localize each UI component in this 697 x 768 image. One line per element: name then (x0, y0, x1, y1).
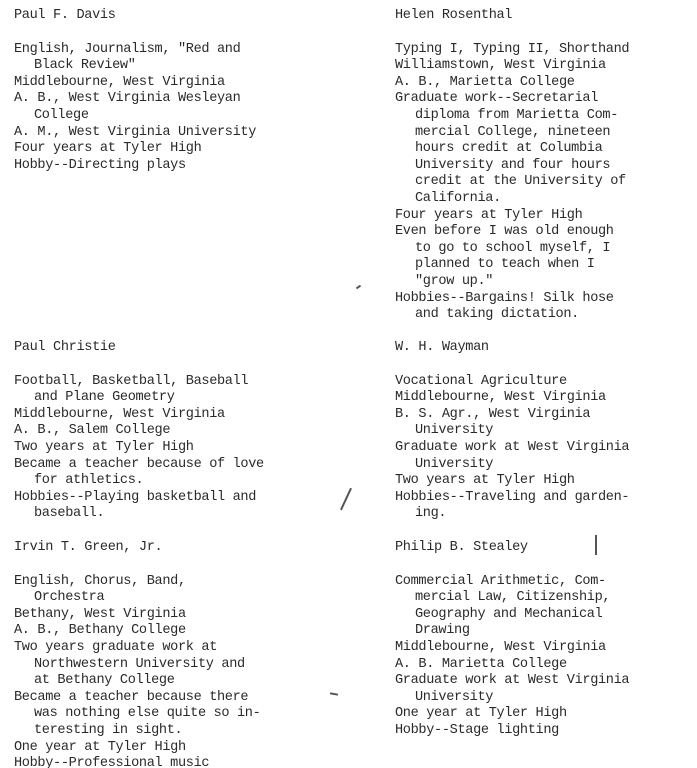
faculty-entry-paul-f-davis: Paul F. DavisEnglish, Journalism, "Red a… (14, 8, 256, 174)
faculty-detail-line: Four years at Tyler High (14, 141, 256, 158)
faculty-detail-line: Two years at Tyler High (395, 473, 629, 490)
faculty-detail-line: Vocational Agriculture (395, 374, 629, 391)
faculty-detail-line: Four years at Tyler High (395, 208, 629, 225)
faculty-detail-line: A. B., Salem College (14, 423, 264, 440)
faculty-detail-line: mercial College, nineteen (395, 125, 629, 142)
faculty-detail-line: B. S. Agr., West Virginia (395, 407, 629, 424)
faculty-detail-line: teresting in sight. (14, 723, 260, 740)
faculty-detail-line: credit at the University of (395, 174, 629, 191)
faculty-detail-line: Black Review" (14, 58, 256, 75)
faculty-name: Paul Christie (14, 340, 264, 357)
faculty-detail-line: University (395, 690, 629, 707)
faculty-detail-line: Commercial Arithmetic, Com- (395, 574, 629, 591)
faculty-detail-line: University and four hours (395, 158, 629, 175)
faculty-detail-line: One year at Tyler High (395, 706, 629, 723)
faculty-detail-line: A. M., West Virginia University (14, 125, 256, 142)
faculty-detail-line: A. B., West Virginia Wesleyan (14, 91, 256, 108)
faculty-detail-line: hours credit at Columbia (395, 141, 629, 158)
faculty-detail-line: A. B. Marietta College (395, 657, 629, 674)
faculty-name: Helen Rosenthal (395, 8, 629, 25)
faculty-detail-line: Hobby--Directing plays (14, 158, 256, 175)
faculty-detail-line: Football, Basketball, Baseball (14, 374, 264, 391)
faculty-detail-line: mercial Law, Citizenship, (395, 590, 629, 607)
faculty-detail-line: Typing I, Typing II, Shorthand (395, 42, 629, 59)
faculty-detail-line: College (14, 108, 256, 125)
faculty-detail-line: A. B., Bethany College (14, 623, 260, 640)
faculty-detail-line: Hobbies--Traveling and garden- (395, 490, 629, 507)
faculty-entry-w-h-wayman: W. H. WaymanVocational AgricultureMiddle… (395, 340, 629, 523)
faculty-detail-line: Two years graduate work at (14, 640, 260, 657)
faculty-detail-line: Middlebourne, West Virginia (14, 407, 264, 424)
scan-mark (340, 488, 352, 510)
faculty-detail-line: Graduate work at West Virginia (395, 673, 629, 690)
faculty-detail-line: Williamstown, West Virginia (395, 58, 629, 75)
faculty-detail-line: was nothing else quite so in- (14, 706, 260, 723)
faculty-detail-line: Hobbies--Playing basketball and (14, 490, 264, 507)
faculty-name: Paul F. Davis (14, 8, 256, 25)
faculty-detail-line: California. (395, 191, 629, 208)
faculty-entry-irvin-t-green: Irvin T. Green, Jr.English, Chorus, Band… (14, 540, 260, 768)
faculty-detail-line: English, Chorus, Band, (14, 574, 260, 591)
faculty-detail-line: Drawing (395, 623, 629, 640)
faculty-detail-line: diploma from Marietta Com- (395, 108, 629, 125)
faculty-name: W. H. Wayman (395, 340, 629, 357)
scan-mark (356, 285, 361, 290)
scan-mark (595, 535, 597, 555)
faculty-detail-line: Graduate work at West Virginia (395, 440, 629, 457)
faculty-detail-line: Hobby--Stage lighting (395, 723, 629, 740)
faculty-detail-line: to go to school myself, I (395, 241, 629, 258)
faculty-detail-line: Northwestern University and (14, 657, 260, 674)
faculty-detail-line: Two years at Tyler High (14, 440, 264, 457)
faculty-detail-line: for athletics. (14, 473, 264, 490)
faculty-detail-line: "grow up." (395, 274, 629, 291)
faculty-detail-line: at Bethany College (14, 673, 260, 690)
faculty-detail-line: Orchestra (14, 590, 260, 607)
faculty-detail-line: Became a teacher because of love (14, 457, 264, 474)
faculty-name: Irvin T. Green, Jr. (14, 540, 260, 557)
faculty-detail-line: One year at Tyler High (14, 740, 260, 757)
faculty-detail-line: Middlebourne, West Virginia (395, 640, 629, 657)
faculty-detail-line: Geography and Mechanical (395, 607, 629, 624)
faculty-entry-helen-rosenthal: Helen RosenthalTyping I, Typing II, Shor… (395, 8, 629, 324)
faculty-detail-line: Middlebourne, West Virginia (395, 390, 629, 407)
faculty-detail-line: Became a teacher because there (14, 690, 260, 707)
faculty-detail-line: Graduate work--Secretarial (395, 91, 629, 108)
scan-mark (330, 692, 338, 695)
faculty-entry-philip-b-stealey: Philip B. StealeyCommercial Arithmetic, … (395, 540, 629, 740)
faculty-detail-line: planned to teach when I (395, 257, 629, 274)
faculty-detail-line: ing. (395, 506, 629, 523)
faculty-detail-line: baseball. (14, 506, 264, 523)
faculty-entry-paul-christie: Paul ChristieFootball, Basketball, Baseb… (14, 340, 264, 523)
faculty-detail-line: University (395, 457, 629, 474)
faculty-detail-line: English, Journalism, "Red and (14, 42, 256, 59)
faculty-detail-line: Middlebourne, West Virginia (14, 75, 256, 92)
faculty-detail-line: University (395, 423, 629, 440)
faculty-detail-line: A. B., Marietta College (395, 75, 629, 92)
faculty-detail-line: and Plane Geometry (14, 390, 264, 407)
faculty-detail-line: Hobbies--Bargains! Silk hose (395, 291, 629, 308)
faculty-detail-line: and taking dictation. (395, 307, 629, 324)
faculty-detail-line: Even before I was old enough (395, 224, 629, 241)
faculty-detail-line: Bethany, West Virginia (14, 607, 260, 624)
faculty-detail-line: Hobby--Professional music (14, 756, 260, 768)
